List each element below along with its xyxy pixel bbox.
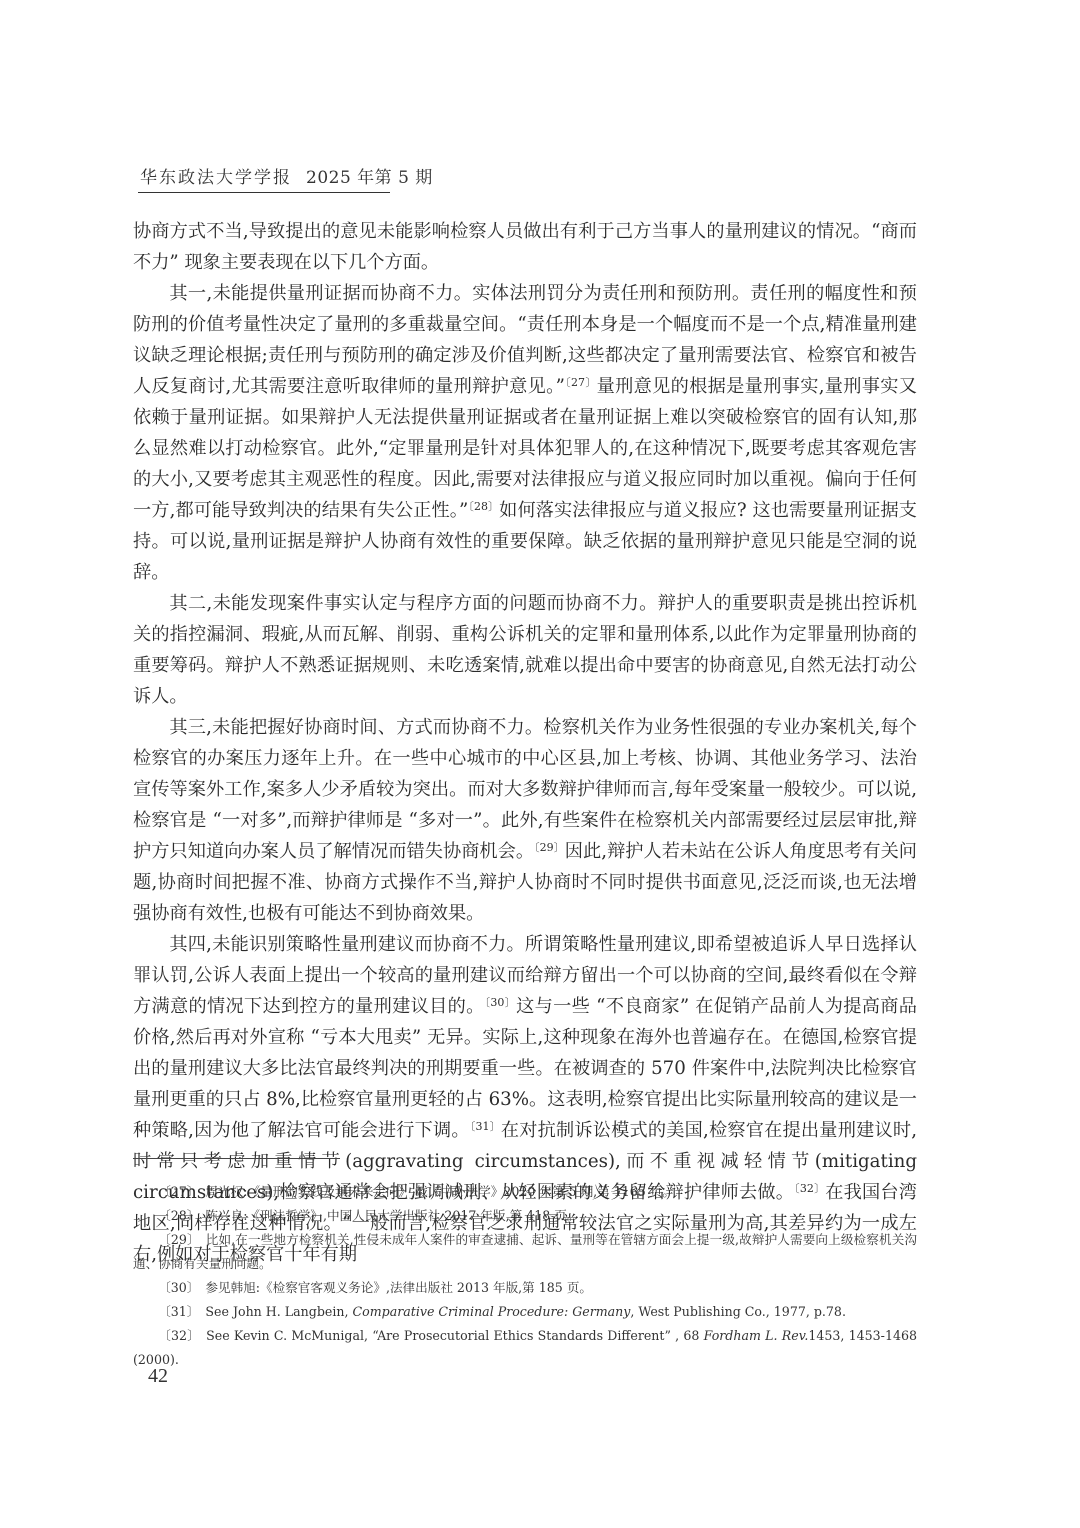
footnote: 〔32〕See Kevin C. McMunigal, “Are Prosecu… (133, 1324, 917, 1372)
paragraph: 其一,未能提供量刑证据而协商不力。实体法刑罚分为责任刑和预防刑。责任刑的幅度性和… (133, 278, 917, 588)
paragraph: 其二,未能发现案件事实认定与程序方面的问题而协商不力。辩护人的重要职责是挑出控诉… (133, 588, 917, 712)
footnote-ref[interactable]: 〔27〕 (565, 376, 597, 389)
header-rule (138, 192, 390, 193)
footnote-ref[interactable]: 〔29〕 (534, 841, 565, 854)
footnote: 〔28〕陈兴良:《刑法哲学》,中国人民大学出版社 2017 年版,第 418 页… (133, 1204, 917, 1228)
paragraph: 其三,未能把握好协商时间、方式而协商不力。检察机关作为业务性很强的专业办案机关,… (133, 712, 917, 929)
body-text: 协商方式不当,导致提出的意见未能影响检察人员做出有利于己方当事人的量刑建议的情况… (133, 216, 917, 1270)
journal-title: 华东政法大学学报 (140, 168, 292, 188)
footnote-ref[interactable]: 〔31〕 (470, 1120, 501, 1133)
footnote: 〔31〕See John H. Langbein, Comparative Cr… (133, 1300, 917, 1324)
footnote-rule (133, 1158, 340, 1159)
issue-label: 2025 年第 5 期 (306, 168, 433, 188)
footnote-ref[interactable]: 〔30〕 (485, 996, 516, 1009)
paragraph: 协商方式不当,导致提出的意见未能影响检察人员做出有利于己方当事人的量刑建议的情况… (133, 216, 917, 278)
running-head: 华东政法大学学报2025 年第 5 期 (140, 163, 433, 188)
footnote: 〔27〕周光权:《量刑的实践及其未来走向》,载《中外法学》2020 年第 5 期… (133, 1180, 917, 1204)
footnotes: 〔27〕周光权:《量刑的实践及其未来走向》,载《中外法学》2020 年第 5 期… (133, 1180, 917, 1372)
footnote-ref[interactable]: 〔28〕 (468, 500, 499, 513)
footnote: 〔30〕参见韩旭:《检察官客观义务论》,法律出版社 2013 年版,第 185 … (133, 1276, 917, 1300)
page-number: 42 (148, 1365, 168, 1388)
footnote: 〔29〕比如,在一些地方检察机关,性侵未成年人案件的审查逮捕、起诉、量刑等在管辖… (133, 1228, 917, 1276)
